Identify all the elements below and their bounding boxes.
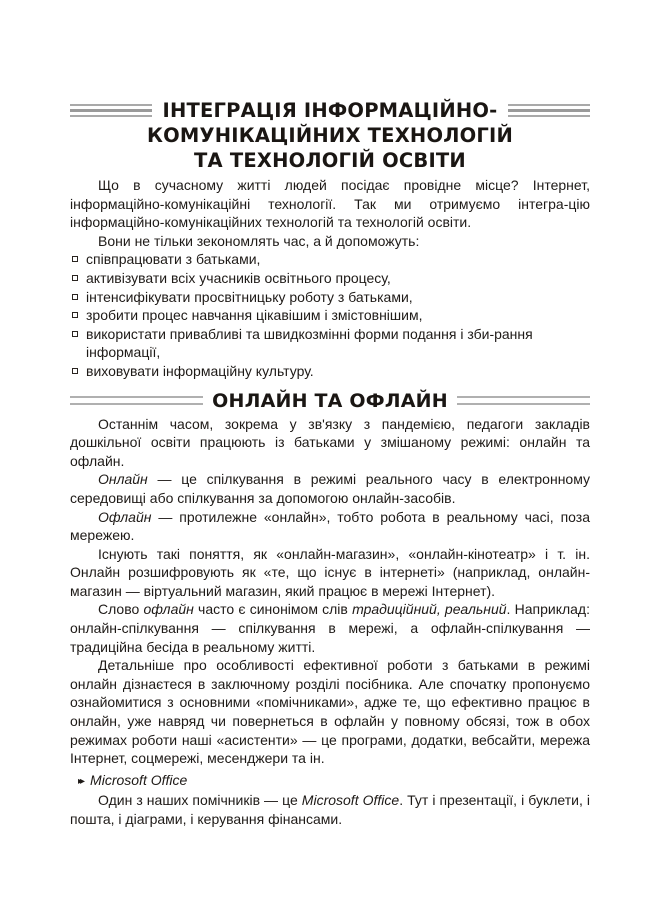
paragraph-assistants: Детальніше про особливості ефективної ро… [70, 656, 590, 768]
list-item-text: активізувати всіх учасників освітнього п… [86, 270, 391, 286]
paragraph-microsoft-office: Один з наших помічників — це Microsoft O… [70, 791, 590, 828]
list-item: активізувати всіх учасників освітнього п… [70, 269, 590, 288]
square-bullet-icon [72, 368, 78, 374]
paragraph-online-definition: Онлайн — це спілкування в режимі реально… [70, 470, 590, 507]
list-item: зробити процес навчання цікавішим і зміс… [70, 306, 590, 325]
term-synonyms: традиційний, реальний [352, 601, 506, 617]
list-item-text: співпрацювати з батьками, [86, 251, 260, 267]
heading-title-line1: ІНТЕГРАЦІЯ ІНФОРМАЦІЙНО- [163, 98, 498, 123]
term-microsoft-office: Microsoft Office [302, 792, 399, 808]
section-heading-online-offline: ОНЛАЙН ТА ОФЛАЙН [70, 389, 590, 413]
paragraph-offline-definition: Офлайн — протилежне «онлайн», тобто робо… [70, 508, 590, 545]
list-item: виховувати інформаційну культуру. [70, 362, 590, 381]
definition-text: — це спілкування в режимі реального часу… [70, 471, 590, 506]
decorative-lines-right [508, 104, 590, 117]
decorative-lines-left [70, 396, 203, 405]
subsection-heading-microsoft-office: ▸▸Microsoft Office [70, 771, 590, 792]
heading-title: ОНЛАЙН ТА ОФЛАЙН [212, 389, 448, 413]
list-item: використати привабливі та швидкозмінні ф… [70, 325, 590, 362]
term-offline: Офлайн [98, 509, 151, 525]
document-page: ІНТЕГРАЦІЯ ІНФОРМАЦІЙНО- КОМУНІКАЦІЙНИХ … [70, 98, 590, 829]
heading-title-line3: ТА ТЕХНОЛОГІЙ ОСВІТИ [70, 148, 590, 173]
text-fragment: часто є синонімом слів [194, 601, 352, 617]
paragraph-mixed-mode: Останнім часом, зокрема у зв'язку з панд… [70, 415, 590, 471]
square-bullet-icon [72, 256, 78, 262]
decorative-lines-right [457, 396, 590, 405]
term-online: Онлайн [98, 471, 148, 487]
square-bullet-icon [72, 294, 78, 300]
double-arrow-icon: ▸▸ [78, 773, 82, 792]
square-bullet-icon [72, 275, 78, 281]
intro-paragraph: Що в сучасному житті людей посідає прові… [70, 176, 590, 232]
text-fragment: Один з наших помічників — це [98, 792, 302, 808]
subsection-title: Microsoft Office [90, 772, 187, 788]
benefits-list: співпрацювати з батьками, активізувати в… [70, 250, 590, 380]
list-item-text: зробити процес навчання цікавішим і зміс… [86, 307, 423, 323]
list-item-text: використати привабливі та швидкозмінні ф… [86, 326, 533, 361]
text-fragment: Слово [98, 601, 144, 617]
list-item: співпрацювати з батьками, [70, 250, 590, 269]
list-item: інтенсифікувати просвітницьку роботу з б… [70, 288, 590, 307]
paragraph-online-examples: Існують такі поняття, як «онлайн-магазин… [70, 545, 590, 601]
decorative-lines-left [70, 104, 152, 117]
list-item-text: виховувати інформаційну культуру. [86, 363, 314, 379]
heading-title-line2: КОМУНІКАЦІЙНИХ ТЕХНОЛОГІЙ [70, 123, 590, 148]
term-offline: офлайн [144, 601, 194, 617]
list-item-text: інтенсифікувати просвітницьку роботу з б… [86, 289, 413, 305]
benefits-lead-paragraph: Вони не тільки зекономлять час, а й допо… [70, 232, 590, 251]
section-heading-integration: ІНТЕГРАЦІЯ ІНФОРМАЦІЙНО- КОМУНІКАЦІЙНИХ … [70, 98, 590, 173]
square-bullet-icon [72, 331, 78, 337]
paragraph-offline-synonyms: Слово офлайн часто є синонімом слів трад… [70, 600, 590, 656]
square-bullet-icon [72, 312, 78, 318]
